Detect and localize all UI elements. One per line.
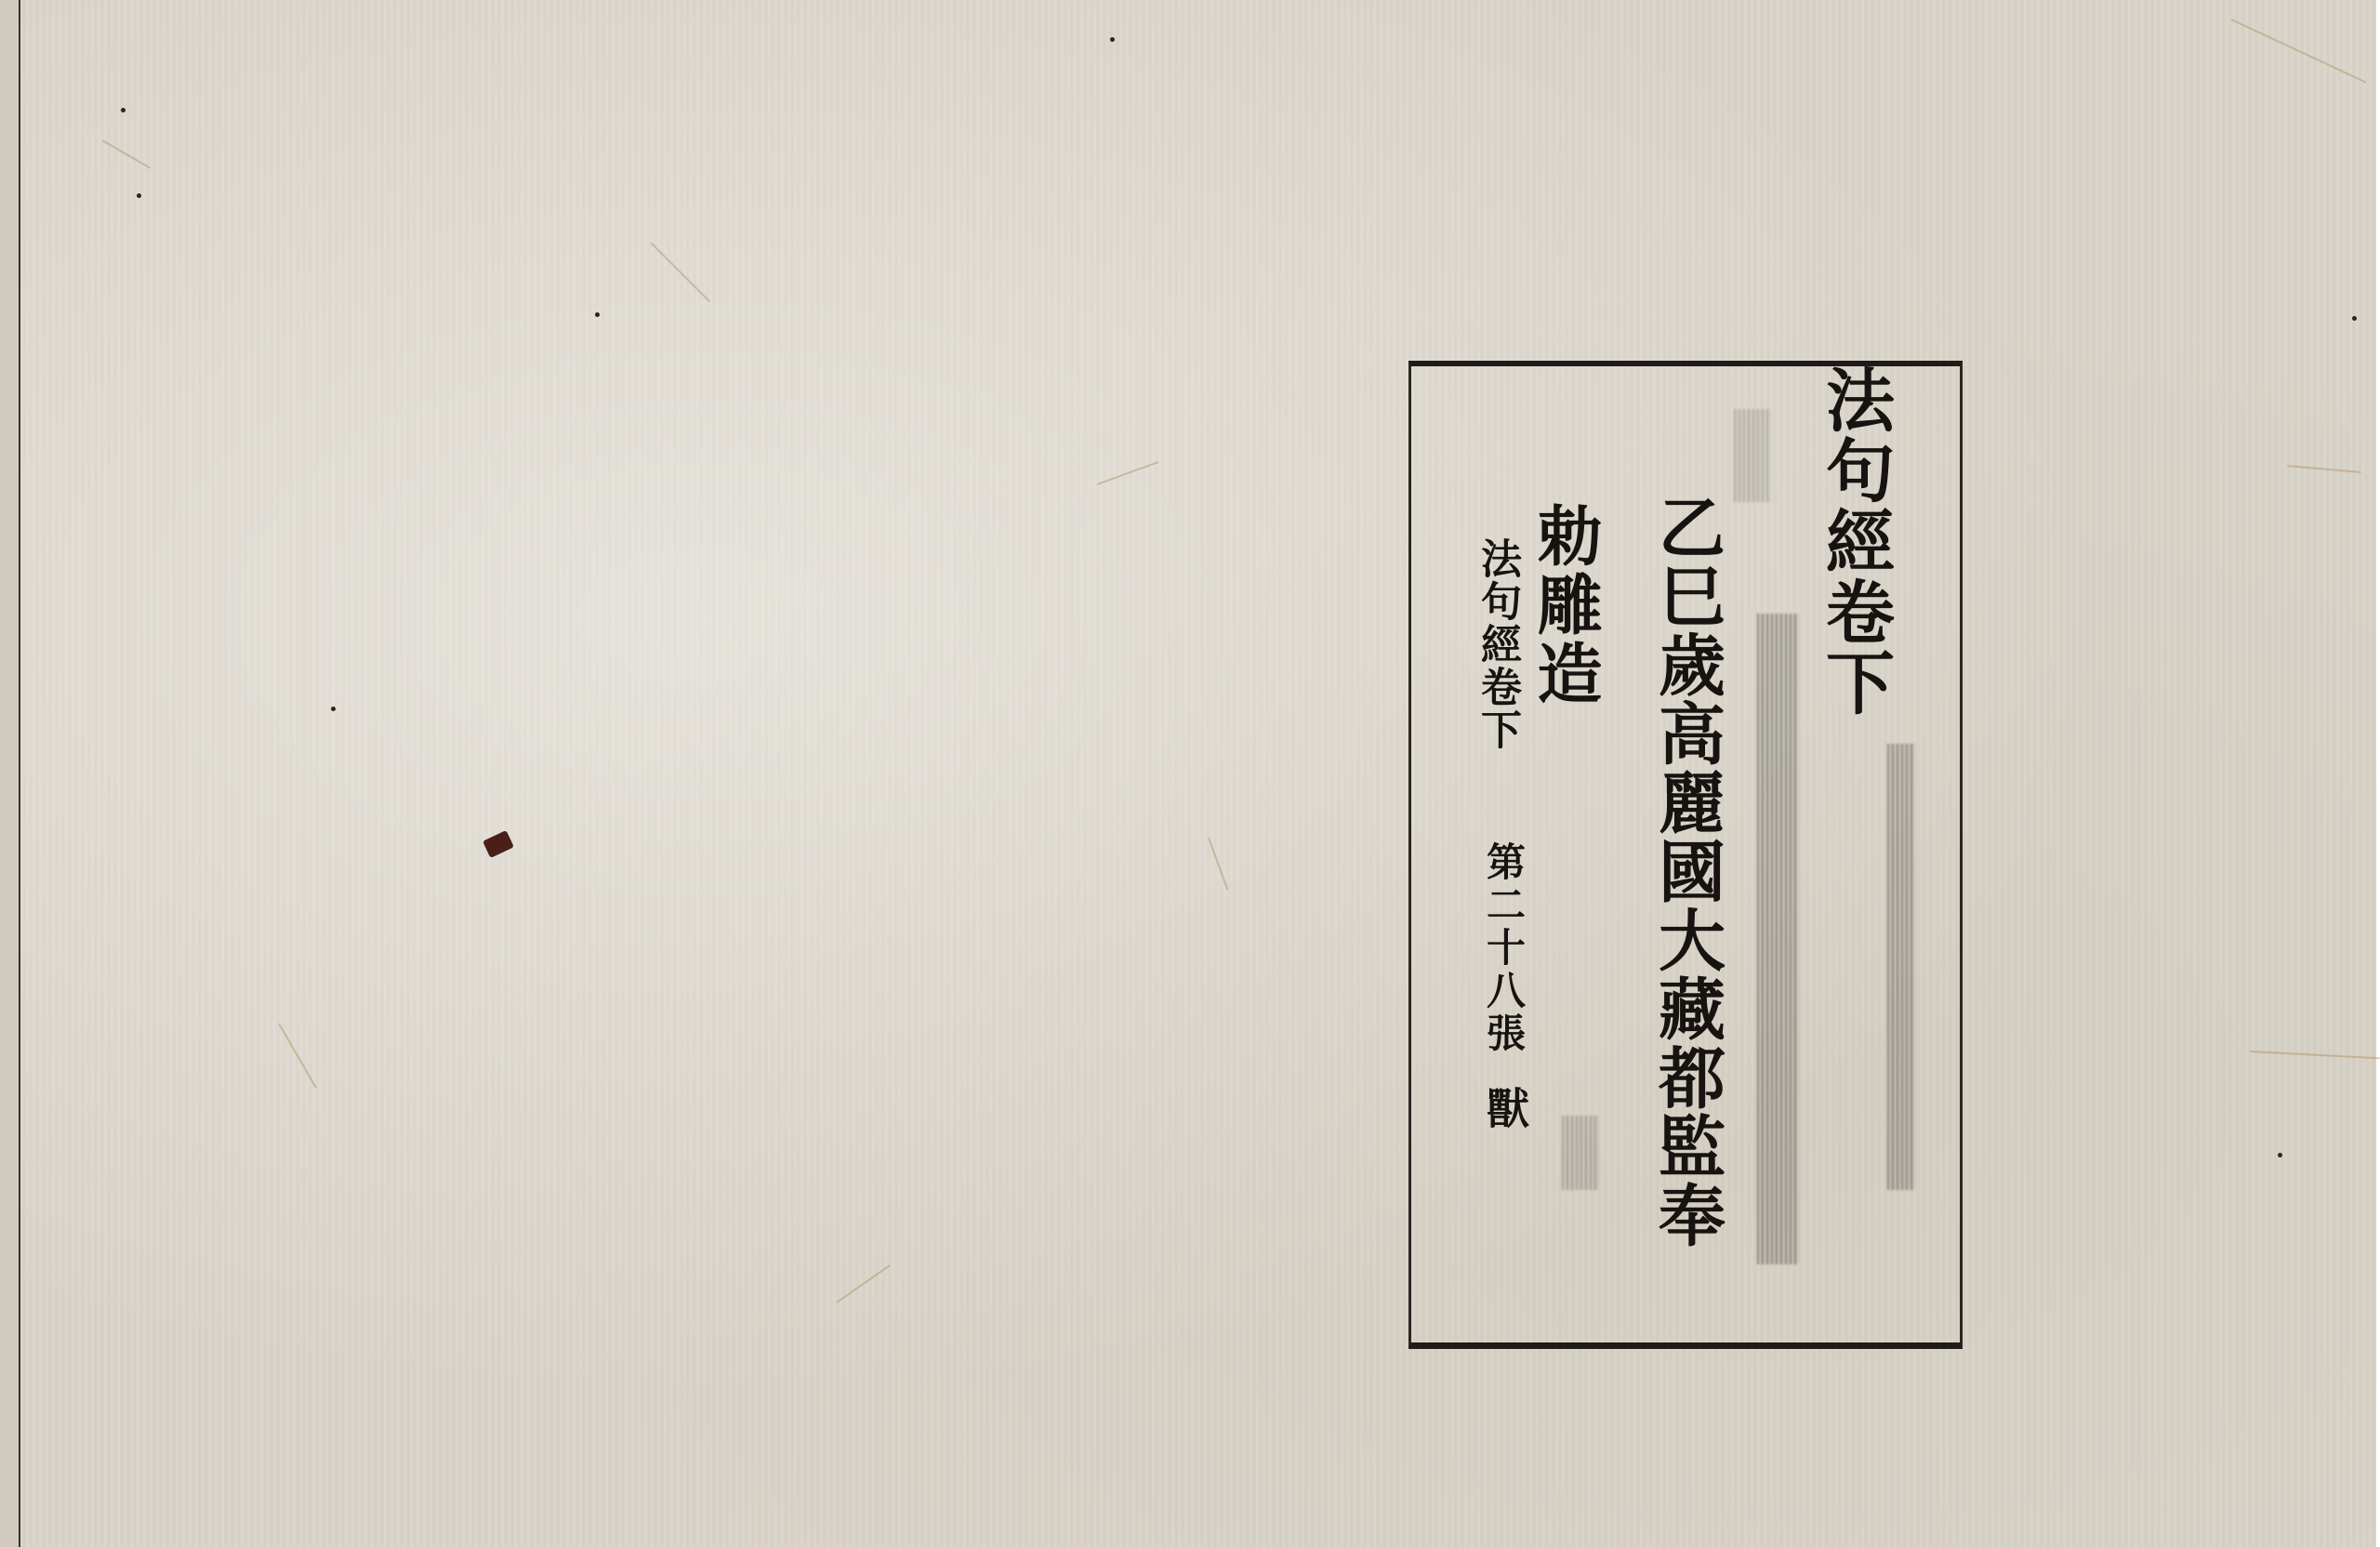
page-number-column: 第二十八張 (1484, 841, 1523, 1055)
colophon-main-column: 乙巳歲高麗國大藏都監奉 (1653, 493, 1720, 1249)
red-stain (483, 830, 514, 858)
small-title-column: 法句經卷下 (1476, 537, 1517, 751)
paper-speck (595, 312, 600, 317)
paper-speck (121, 108, 126, 112)
page-edge-strip (0, 0, 19, 1547)
sutra-title-column: 法句經卷下 (1820, 364, 1889, 718)
colophon-edict-column: 勅雕造 (1532, 502, 1597, 708)
paper-fiber (102, 139, 152, 169)
paper-speck (2352, 316, 2357, 321)
paper-fiber (1208, 838, 1228, 891)
paper-fiber (2231, 19, 2367, 83)
paper-fiber (278, 1024, 317, 1089)
paper-speck (137, 193, 141, 198)
ink-smudge (1887, 744, 1915, 1190)
ink-smudge (1757, 614, 1799, 1264)
page-edge-line (19, 0, 20, 1547)
paper-speck (2278, 1153, 2282, 1157)
paper-fiber (836, 1264, 890, 1303)
paper-speck (331, 707, 336, 711)
paper-fiber (1097, 461, 1158, 485)
paper-fiber (2287, 465, 2361, 473)
block-mark: 獸 (1484, 1086, 1527, 1129)
ink-smudge (1734, 409, 1771, 502)
paper-fiber (2250, 1051, 2380, 1059)
paper-page: 法句經卷下 乙巳歲高麗國大藏都監奉 勅雕造 法句經卷下 第二十八張 獸 (0, 0, 2376, 1547)
paper-fiber (650, 242, 710, 302)
ink-smudge (1562, 1116, 1599, 1190)
paper-speck (1110, 37, 1115, 42)
